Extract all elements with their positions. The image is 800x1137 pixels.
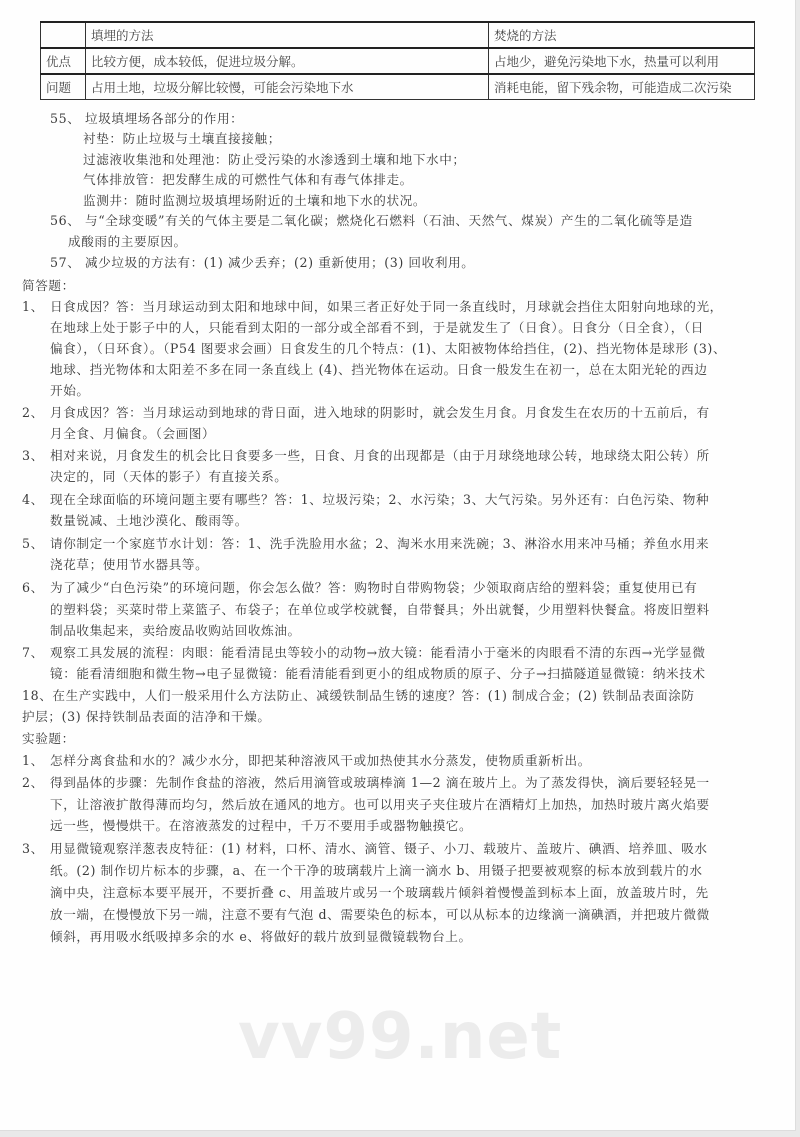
answer-line: 用显微镜观察洋葱表皮特征：(1) 材料，口杯、清水、滴管、镊子、小刀、载玻片、盖… <box>50 839 708 859</box>
answer-line: 请你制定一个家庭节水计划：答：1、洗手洗脸用水盆；2、淘米水用来洗碗；3、淋浴水… <box>50 534 709 554</box>
answer-line: 为了减少“白色污染”的环境问题，你会怎么做？答：购物时自带购物袋；少领取商店给的… <box>50 578 697 598</box>
item-56-line: 56、 与“全球变暖”有关的气体主要是二氧化碳；燃烧化石燃料（石油、天然气、煤炭… <box>50 211 693 231</box>
document-page: 填埋的方法 焚烧的方法 优点 比较方便，成本较低，促进垃圾分解。 占地少，避免污… <box>0 0 796 1131</box>
answer-line: 现在全球面临的环境问题主要有哪些？答：1、垃圾污染；2、水污染；3、大气污染。另… <box>50 490 709 510</box>
item-55-part: 过滤液收集池和处理池：防止受污染的水渗透到土壤和地下水中； <box>83 150 466 170</box>
answer-line: 倾斜，再用吸水纸吸掉多余的水 e、将做好的载片放到显微镜载物台上。 <box>50 927 472 947</box>
question-number: 7、 <box>22 643 44 663</box>
question-number: 2、 <box>22 403 44 423</box>
question-number: 4、 <box>22 490 44 510</box>
answer-line: 偏食），（日环食）。（P54 图要求会画）日食发生的几个特点：(1)、太阳被物体… <box>50 339 726 359</box>
answer-line: 远一些，慢慢烘干。在溶液蒸发的过程中，千万不要用手或器物触摸它。 <box>50 816 472 836</box>
item-57: 57、 减少垃圾的方法有：(1) 减少丢弃；(2) 重新使用；(3) 回收利用。 <box>50 253 474 273</box>
question-number: 1、 <box>22 751 44 771</box>
section-heading-short-answer: 简答题： <box>22 276 75 296</box>
item-55-part: 衬垫：防止垃圾与土壤直接接触； <box>83 129 281 149</box>
comparison-table: 填埋的方法 焚烧的方法 优点 比较方便，成本较低，促进垃圾分解。 占地少，避免污… <box>40 21 755 100</box>
answer-line: 观察工具发展的流程：肉眼：能看清昆虫等较小的动物→放大镜：能看清小于毫米的肉眼看… <box>50 643 706 663</box>
question-number: 2、 <box>22 773 44 793</box>
item-55-part: 监测井：随时监测垃圾填埋场附近的土壤和地下水的状况。 <box>83 191 426 211</box>
answer-line: 相对来说，月食发生的机会比日食要多一些，日食、月食的出现都是（由于月球绕地球公转… <box>50 446 710 466</box>
table-header-row: 填埋的方法 焚烧的方法 <box>41 22 755 48</box>
answer-line: 月全食、月偏食。（会画图） <box>50 424 215 444</box>
table-header-landfill: 填埋的方法 <box>86 22 489 48</box>
answer-line: 的塑料袋；买菜时带上菜篮子、布袋子；在单位或学校就餐，自带餐具；外出就餐，少用塑… <box>50 600 710 620</box>
answer-line: 日食成因？答：当月球运动到太阳和地球中间，如果三者正好处于同一条直线时，月球就会… <box>50 297 723 317</box>
answer-line: 浇花草；使用节水器具等。 <box>50 555 208 575</box>
table-cell: 占用土地，垃圾分解比较慢，可能会污染地下水 <box>86 74 489 100</box>
answer-line: 怎样分离食盐和水的？减少水分，即把某种溶液风干或加热使其水分蒸发，使物质重新析出… <box>50 751 591 771</box>
question-number: 3、 <box>22 446 44 466</box>
table-row-label: 优点 <box>41 48 86 74</box>
answer-line: 开始。 <box>50 381 90 401</box>
table-cell: 比较方便，成本较低，促进垃圾分解。 <box>86 48 489 74</box>
question-number: 3、 <box>22 839 44 859</box>
table-row: 优点 比较方便，成本较低，促进垃圾分解。 占地少，避免污染地下水，热量可以利用 <box>41 48 755 74</box>
answer-line: 在地球上处于影子中的人，只能看到太阳的一部分或全部看不到，于是就发生了（日食）。… <box>50 318 704 338</box>
table-row: 问题 占用土地，垃圾分解比较慢，可能会污染地下水 消耗电能，留下残余物，可能造成… <box>41 74 755 100</box>
table-cell: 消耗电能，留下残余物，可能造成二次污染 <box>489 74 755 100</box>
question-number: 5、 <box>22 534 44 554</box>
item-56-line: 成酸雨的主要原因。 <box>68 232 187 252</box>
watermark: vv99.net <box>238 1000 562 1074</box>
table-cell: 占地少，避免污染地下水，热量可以利用 <box>489 48 755 74</box>
answer-line: 决定的，同（天体的影子）有直接关系。 <box>50 467 288 487</box>
table-row-label: 问题 <box>41 74 86 100</box>
answer-line: 制品收集起来，卖给废品收购站回收炼油。 <box>50 621 301 641</box>
answer-line: 18、在生产实践中，人们一般采用什么方法防止、减缓铁制品生锈的速度？答：(1) … <box>22 686 695 706</box>
answer-line: 放一端，在慢慢放下另一端，注意不要有气泡 d、需要染色的标本，可以从标本的边缘滴… <box>50 905 710 925</box>
answer-line: 镜：能看清细胞和微生物→电子显微镜：能看清能看到更小的组成物质的原子、分子→扫描… <box>50 664 706 684</box>
table-header-empty <box>41 22 86 48</box>
answer-line: 地球、挡光物体和太阳差不多在同一条直线上 (4)、挡光物体在运动。日食一般发生在… <box>50 360 708 380</box>
table-header-incineration: 焚烧的方法 <box>489 22 755 48</box>
answer-line: 月食成因？答：当月球运动到地球的背日面，进入地球的阴影时，就会发生月食。月食发生… <box>50 403 710 423</box>
answer-line: 数量锐减、土地沙漠化、酸雨等。 <box>50 511 248 531</box>
answer-line: 护层；(3) 保持铁制品表面的洁净和干燥。 <box>22 707 271 727</box>
answer-line: 滴中央，注意标本要平展开，不要折叠 c、用盖玻片或另一个玻璃载片倾斜着慢慢盖到标… <box>50 883 709 903</box>
item-55-part: 气体排放管：把发酵生成的可燃性气体和有毒气体排走。 <box>83 170 413 190</box>
section-heading-experiment: 实验题： <box>22 729 75 749</box>
question-number: 1、 <box>22 297 44 317</box>
question-number: 6、 <box>22 578 44 598</box>
answer-line: 得到晶体的步骤：先制作食盐的溶液，然后用滴管或玻璃棒滴 1—2 滴在玻片上。为了… <box>50 773 710 793</box>
item-55-title: 55、 垃圾填埋场各部分的作用： <box>50 109 243 129</box>
answer-line: 纸。(2) 制作切片标本的步骤，a、在一个干净的玻璃载片上滴一滴水 b、用镊子把… <box>50 861 703 881</box>
answer-line: 下，让溶液扩散得薄而均匀，然后放在通风的地方。也可以用夹子夹住玻片在酒精灯上加热… <box>50 795 710 815</box>
